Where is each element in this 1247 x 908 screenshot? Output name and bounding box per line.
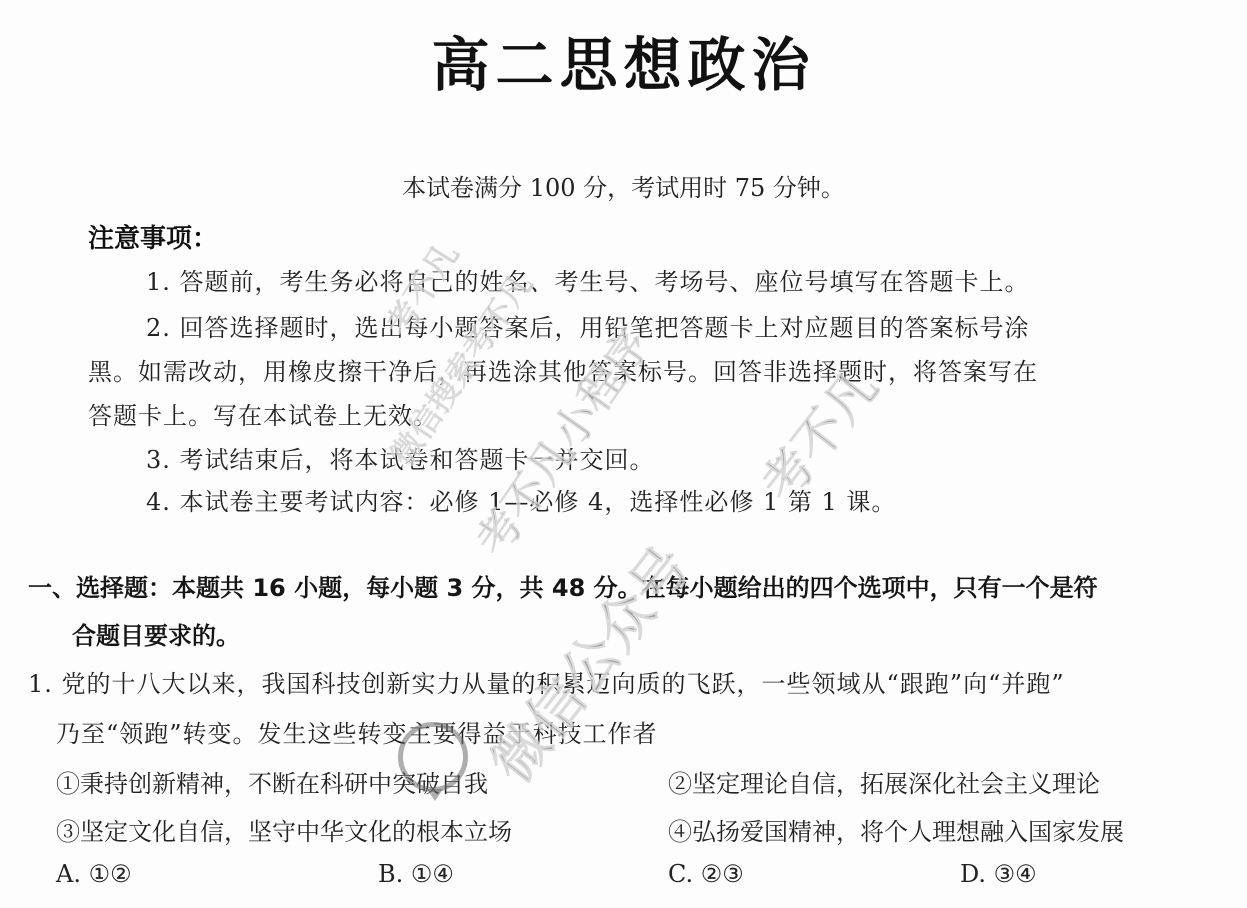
section-heading-cont: 合题目要求的。 (72, 616, 240, 651)
choice-b[interactable]: B. ①④ (378, 860, 454, 888)
notes-heading: 注意事项： (88, 218, 218, 255)
choice-c[interactable]: C. ②③ (668, 860, 744, 888)
exam-page: 高二思想政治 本试卷满分 100 分，考试用时 75 分钟。 注意事项： 1. … (0, 0, 1247, 908)
exam-title: 高二思想政治 (0, 18, 1247, 102)
note-item-3: 3. 考试结束后，将本试卷和答题卡一并交回。 (146, 440, 655, 475)
choice-a[interactable]: A. ①② (56, 860, 132, 888)
question-1-stem: 1. 党的十八大以来，我国科技创新实力从量的积累迈向质的飞跃，一些领域从“跟跑”… (28, 664, 1065, 699)
note-item-4: 4. 本试卷主要考试内容：必修 1—必修 4，选择性必修 1 第 1 课。 (146, 482, 896, 517)
exam-subtitle: 本试卷满分 100 分，考试用时 75 分钟。 (0, 168, 1247, 203)
question-1-stem-cont: 乃至“领跑”转变。发生这些转变主要得益于科技工作者 (56, 714, 658, 749)
statement-4: ④弘扬爱国精神，将个人理想融入国家发展 (668, 812, 1124, 847)
section-heading: 一、选择题：本题共 16 小题，每小题 3 分，共 48 分。在每小题给出的四个… (28, 568, 1098, 603)
choice-d[interactable]: D. ③④ (960, 860, 1037, 888)
note-item-2: 2. 回答选择题时，选出每小题答案后，用铅笔把答题卡上对应题目的答案标号涂 (146, 308, 1030, 343)
statement-2: ②坚定理论自信，拓展深化社会主义理论 (668, 764, 1100, 799)
note-item-1: 1. 答题前，考生务必将自己的姓名、考生号、考场号、座位号填写在答题卡上。 (146, 262, 1030, 297)
note-item-2-cont: 黑。如需改动，用橡皮擦干净后，再选涂其他答案标号。回答非选择题时，将答案写在 (88, 352, 1038, 387)
statement-1: ①秉持创新精神，不断在科研中突破自我 (56, 764, 488, 799)
statement-3: ③坚定文化自信，坚守中华文化的根本立场 (56, 812, 512, 847)
note-item-2-cont2: 答题卡上。写在本试卷上无效。 (88, 396, 438, 431)
